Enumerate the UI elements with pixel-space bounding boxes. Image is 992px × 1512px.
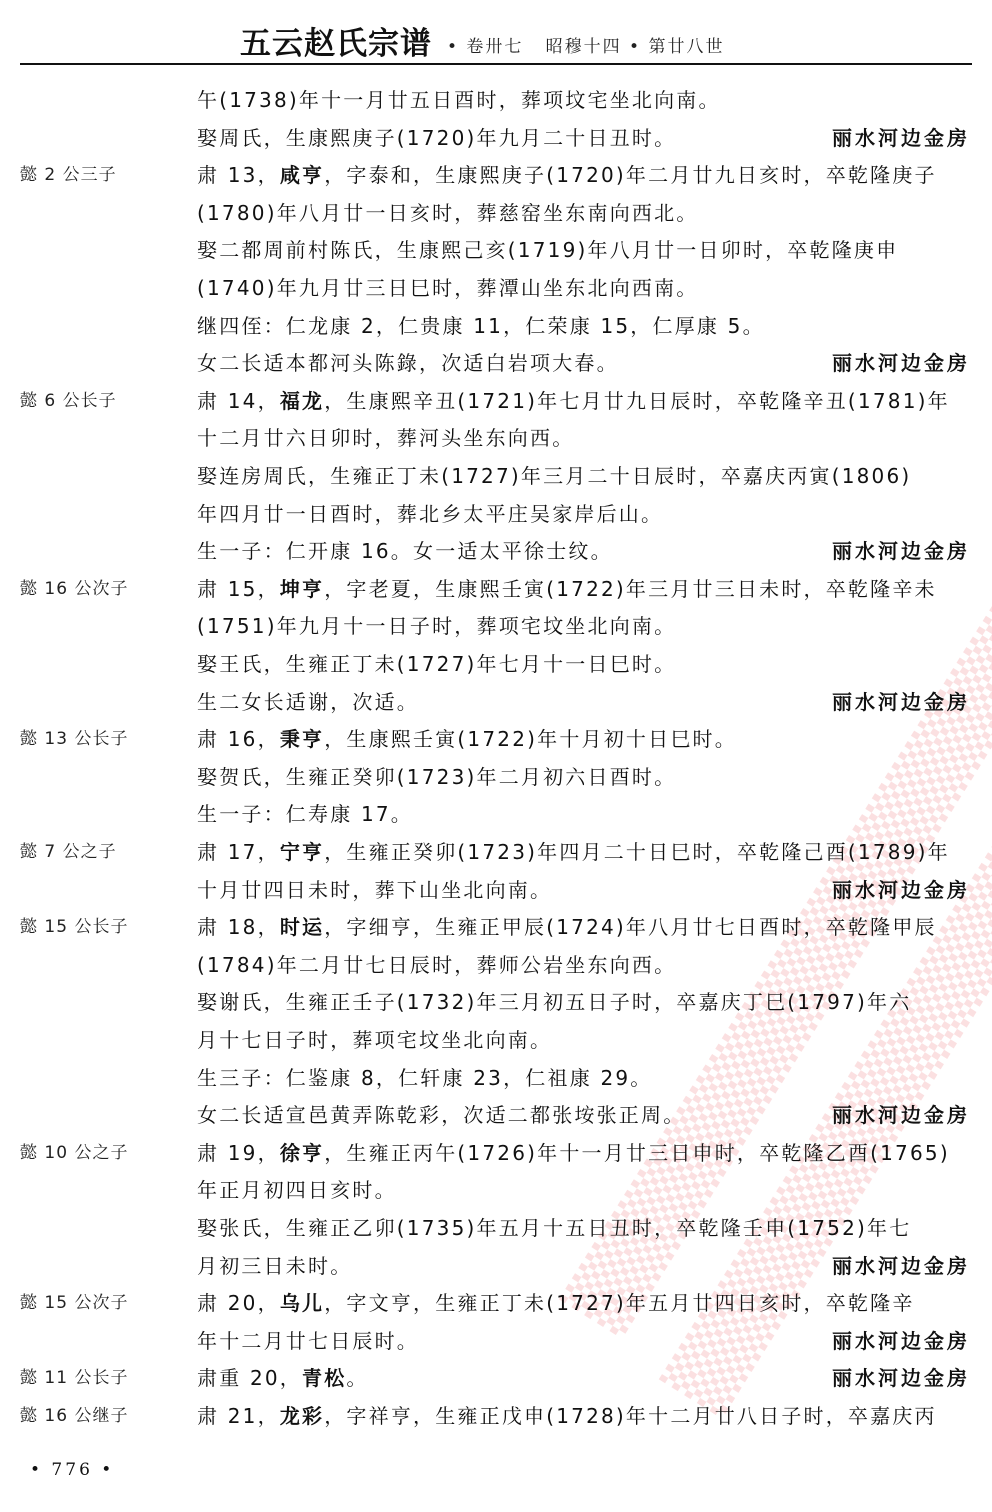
entry-text: 女二长适本都河头陈錄，次适白岩项大春。 xyxy=(197,351,619,375)
generation-number: 肃 17， xyxy=(197,840,280,864)
generation-number: 肃 21， xyxy=(197,1404,280,1428)
generation-number: 肃 14， xyxy=(197,389,280,413)
entry-text: 生一子：仁寿康 17。 xyxy=(197,802,413,826)
entry-line: (1740)年九月廿三日巳时，葬潭山坐东北向西南。 xyxy=(197,270,699,307)
entry-text: ，字泰和，生康熙庚子(1720)年二月廿九日亥时，卒乾隆庚子 xyxy=(324,163,937,187)
entry-text: ，生康熙辛丑(1721)年七月廿九日辰时，卒乾隆辛丑(1781)年 xyxy=(324,389,950,413)
generation-number: 肃 15， xyxy=(197,577,280,601)
entry-text: 月初三日未时。 xyxy=(197,1254,352,1278)
entry-text: 十二月廿六日卯时，葬河头坐东向西。 xyxy=(197,426,574,450)
entry-line: 继四侄：仁龙康 2，仁贵康 11，仁荣康 15，仁厚康 5。 xyxy=(197,308,765,345)
entry-text: ，生雍正丙午(1726)年十一月廿三日申时，卒乾隆乙酉(1765) xyxy=(324,1141,950,1165)
entry-line: 生三子：仁鉴康 8，仁轩康 23，仁祖康 29。 xyxy=(197,1060,653,1097)
entry-text: 年十二月廿七日辰时。 xyxy=(197,1329,419,1353)
entry-line: 女二长适本都河头陈錄，次适白岩项大春。 xyxy=(197,345,619,382)
entry-head-line: 肃 17，宁亨，生雍正癸卯(1723)年四月二十日巳时，卒乾隆己酉(1789)年 xyxy=(197,834,950,871)
entry-line: 生二女长适谢，次适。 xyxy=(197,684,419,721)
branch-label: 丽水河边金房 xyxy=(832,1360,970,1397)
entry-text: ，生康熙壬寅(1722)年十月初十日巳时。 xyxy=(324,727,737,751)
entry-line: 生一子：仁寿康 17。 xyxy=(197,796,413,833)
entry-text: ，字文亨，生雍正丁未(1727)年五月廿四日亥时，卒乾隆辛 xyxy=(324,1291,914,1315)
page-header: 五云赵氏宗谱 • 卷卅七 昭穆十四 • 第廿八世 xyxy=(0,0,992,64)
entry-line: 娶王氏，生雍正丁未(1727)年七月十一日巳时。 xyxy=(197,646,676,683)
entry-line: 娶谢氏，生雍正壬子(1732)年三月初五日子时，卒嘉庆丁巳(1797)年六 xyxy=(197,984,911,1021)
branch-label: 丽水河边金房 xyxy=(832,120,970,157)
person-name: 坤亨 xyxy=(280,577,324,601)
entry-line: 娶连房周氏，生雍正丁未(1727)年三月二十日辰时，卒嘉庆丙寅(1806) xyxy=(197,458,911,495)
person-name: 宁亨 xyxy=(280,840,324,864)
entry-line: 女二长适宣邑黄弄陈乾彩，次适二都张垵张正周。 xyxy=(197,1097,685,1134)
person-name: 乌儿 xyxy=(280,1291,324,1315)
entry-head-line: 肃 19，徐亨，生雍正丙午(1726)年十一月廿三日申时，卒乾隆乙酉(1765) xyxy=(197,1135,950,1172)
entry-text: ，字老夏，生康熙壬寅(1722)年三月廿三日未时，卒乾隆辛未 xyxy=(324,577,937,601)
header-divider xyxy=(20,63,972,65)
entry-text: 娶王氏，生雍正丁未(1727)年七月十一日巳时。 xyxy=(197,652,676,676)
generation-number: 肃重 20， xyxy=(197,1366,302,1390)
entry-text: 女二长适宣邑黄弄陈乾彩，次适二都张垵张正周。 xyxy=(197,1103,685,1127)
entry-head-line: 肃重 20，青松。 xyxy=(197,1360,369,1397)
entry-text: 生三子：仁鉴康 8，仁轩康 23，仁祖康 29。 xyxy=(197,1066,653,1090)
branch-label: 丽水河边金房 xyxy=(832,872,970,909)
father-reference: 懿 15 公长子 xyxy=(20,909,128,946)
entry-text: ，字祥亨，生雍正戊申(1728)年十二月廿八日子时，卒嘉庆丙 xyxy=(324,1404,937,1428)
book-title: 五云赵氏宗谱 xyxy=(240,18,432,63)
branch-label: 丽水河边金房 xyxy=(832,345,970,382)
father-reference: 懿 16 公次子 xyxy=(20,571,128,608)
entry-text: ，生雍正癸卯(1723)年四月二十日巳时，卒乾隆己酉(1789)年 xyxy=(324,840,950,864)
father-reference: 懿 2 公三子 xyxy=(20,157,117,194)
entry-line: 娶贺氏，生雍正癸卯(1723)年二月初六日酉时。 xyxy=(197,759,676,796)
father-reference: 懿 15 公次子 xyxy=(20,1285,128,1322)
entry-line: 年四月廿一日酉时，葬北乡太平庄吴家岸后山。 xyxy=(197,496,663,533)
entry-text: 娶贺氏，生雍正癸卯(1723)年二月初六日酉时。 xyxy=(197,765,676,789)
entry-line: 十月廿四日未时，葬下山坐北向南。 xyxy=(197,872,552,909)
entry-head-line: 肃 16，秉亨，生康熙壬寅(1722)年十月初十日巳时。 xyxy=(197,721,737,758)
person-name: 徐亨 xyxy=(280,1141,324,1165)
entry-text: 继四侄：仁龙康 2，仁贵康 11，仁荣康 15，仁厚康 5。 xyxy=(197,314,765,338)
generation-number: 肃 19， xyxy=(197,1141,280,1165)
entry-line: 月初三日未时。 xyxy=(197,1248,352,1285)
person-name: 秉亨 xyxy=(280,727,324,751)
entry-line: (1784)年二月廿七日辰时，葬师公岩坐东向西。 xyxy=(197,947,676,984)
branch-label: 丽水河边金房 xyxy=(832,1248,970,1285)
generation-number: 肃 20， xyxy=(197,1291,280,1315)
branch-label: 丽水河边金房 xyxy=(832,684,970,721)
entry-text: (1784)年二月廿七日辰时，葬师公岩坐东向西。 xyxy=(197,953,676,977)
entry-text: (1780)年八月廿一日亥时，葬慈窑坐东南向西北。 xyxy=(197,201,699,225)
generation-number: 肃 13， xyxy=(197,163,280,187)
entry-line: 娶周氏，生康熙庚子(1720)年九月二十日丑时。 xyxy=(197,120,676,157)
person-name: 时运 xyxy=(280,915,324,939)
entry-line: 午(1738)年十一月廿五日酉时，葬项坟宅坐北向南。 xyxy=(197,82,721,119)
entry-text: 年正月初四日亥时。 xyxy=(197,1178,397,1202)
father-reference: 懿 13 公长子 xyxy=(20,721,128,758)
entry-line: 娶张氏，生雍正乙卯(1735)年五月十五日丑时，卒乾隆壬申(1752)年七 xyxy=(197,1210,911,1247)
entry-text: (1751)年九月十一日子时，葬项宅坟坐北向南。 xyxy=(197,614,676,638)
father-reference: 懿 16 公继子 xyxy=(20,1398,128,1435)
entry-line: 生一子：仁开康 16。女一适太平徐士纹。 xyxy=(197,533,613,570)
person-name: 青松 xyxy=(302,1366,346,1390)
entry-text: 午(1738)年十一月廿五日酉时，葬项坟宅坐北向南。 xyxy=(197,88,721,112)
entry-text: 娶二都周前村陈氏，生康熙己亥(1719)年八月廿一日卯时，卒乾隆庚申 xyxy=(197,238,898,262)
entry-text: 生二女长适谢，次适。 xyxy=(197,690,419,714)
father-reference: 懿 6 公长子 xyxy=(20,383,117,420)
person-name: 龙彩 xyxy=(280,1404,324,1428)
branch-label: 丽水河边金房 xyxy=(832,533,970,570)
volume-subtitle: • 卷卅七 昭穆十四 • 第廿八世 xyxy=(447,32,724,57)
entry-line: 月十七日子时，葬项宅坟坐北向南。 xyxy=(197,1022,552,1059)
father-reference: 懿 11 公长子 xyxy=(20,1360,128,1397)
generation-number: 肃 18， xyxy=(197,915,280,939)
generation-number: 肃 16， xyxy=(197,727,280,751)
entry-head-line: 肃 13，咸亨，字泰和，生康熙庚子(1720)年二月廿九日亥时，卒乾隆庚子 xyxy=(197,157,937,194)
entry-head-line: 肃 18，时运，字细亨，生雍正甲辰(1724)年八月廿七日酉时，卒乾隆甲辰 xyxy=(197,909,937,946)
entry-head-line: 肃 15，坤亨，字老夏，生康熙壬寅(1722)年三月廿三日未时，卒乾隆辛未 xyxy=(197,571,937,608)
entry-head-line: 肃 21，龙彩，字祥亨，生雍正戊申(1728)年十二月廿八日子时，卒嘉庆丙 xyxy=(197,1398,937,1435)
page-number: • 776 • xyxy=(30,1460,114,1480)
entry-text: 。 xyxy=(346,1366,368,1390)
entry-text: 月十七日子时，葬项宅坟坐北向南。 xyxy=(197,1028,552,1052)
entry-line: 年十二月廿七日辰时。 xyxy=(197,1323,419,1360)
person-name: 咸亨 xyxy=(280,163,324,187)
entry-text: (1740)年九月廿三日巳时，葬潭山坐东北向西南。 xyxy=(197,276,699,300)
father-reference: 懿 7 公之子 xyxy=(20,834,117,871)
entry-text: 年四月廿一日酉时，葬北乡太平庄吴家岸后山。 xyxy=(197,502,663,526)
entry-text: 娶周氏，生康熙庚子(1720)年九月二十日丑时。 xyxy=(197,126,676,150)
entry-head-line: 肃 14，福龙，生康熙辛丑(1721)年七月廿九日辰时，卒乾隆辛丑(1781)年 xyxy=(197,383,950,420)
entry-head-line: 肃 20，乌儿，字文亨，生雍正丁未(1727)年五月廿四日亥时，卒乾隆辛 xyxy=(197,1285,915,1322)
branch-label: 丽水河边金房 xyxy=(832,1323,970,1360)
entry-line: (1780)年八月廿一日亥时，葬慈窑坐东南向西北。 xyxy=(197,195,699,232)
person-name: 福龙 xyxy=(280,389,324,413)
entry-text: 娶张氏，生雍正乙卯(1735)年五月十五日丑时，卒乾隆壬申(1752)年七 xyxy=(197,1216,911,1240)
branch-label: 丽水河边金房 xyxy=(832,1097,970,1134)
father-reference: 懿 10 公之子 xyxy=(20,1135,128,1172)
entry-text: ，字细亨，生雍正甲辰(1724)年八月廿七日酉时，卒乾隆甲辰 xyxy=(324,915,937,939)
entry-line: 年正月初四日亥时。 xyxy=(197,1172,397,1209)
entry-text: 娶谢氏，生雍正壬子(1732)年三月初五日子时，卒嘉庆丁巳(1797)年六 xyxy=(197,990,911,1014)
entry-text: 生一子：仁开康 16。女一适太平徐士纹。 xyxy=(197,539,613,563)
entry-text: 娶连房周氏，生雍正丁未(1727)年三月二十日辰时，卒嘉庆丙寅(1806) xyxy=(197,464,911,488)
entry-line: (1751)年九月十一日子时，葬项宅坟坐北向南。 xyxy=(197,608,676,645)
entry-text: 十月廿四日未时，葬下山坐北向南。 xyxy=(197,878,552,902)
entry-line: 十二月廿六日卯时，葬河头坐东向西。 xyxy=(197,420,574,457)
entry-line: 娶二都周前村陈氏，生康熙己亥(1719)年八月廿一日卯时，卒乾隆庚申 xyxy=(197,232,898,269)
